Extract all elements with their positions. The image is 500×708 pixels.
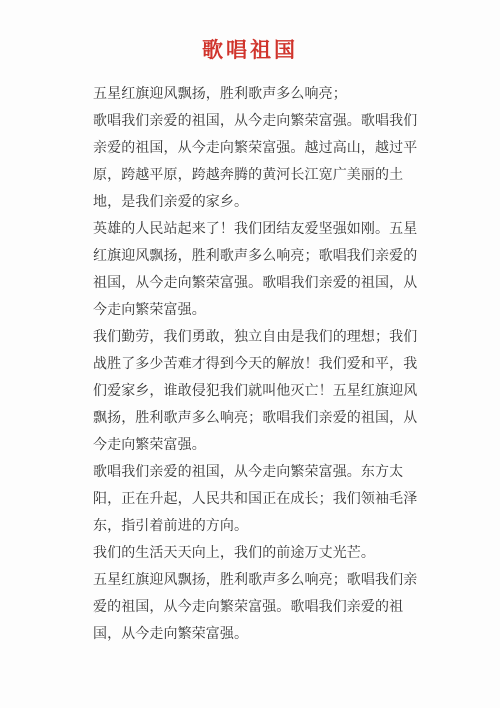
document-body: 五星红旗迎风飘扬，胜利歌声多么响亮；歌唱我们亲爱的祖国，从今走向繁荣富强。歌唱我… bbox=[93, 80, 431, 647]
lyric-paragraph: 我们勤劳，我们勇敢，独立自由是我们的理想；我们战胜了多少苦难才得到今天的解放！我… bbox=[93, 323, 431, 458]
lyric-paragraph: 五星红旗迎风飘扬，胜利歌声多么响亮；歌唱我们亲爱的祖国，从今走向繁荣富强。歌唱我… bbox=[93, 566, 431, 647]
document-page: 歌唱祖国 五星红旗迎风飘扬，胜利歌声多么响亮；歌唱我们亲爱的祖国，从今走向繁荣富… bbox=[0, 0, 500, 708]
lyric-paragraph: 我们的生活天天向上，我们的前途万丈光芒。 bbox=[93, 539, 431, 566]
lyric-paragraph: 歌唱我们亲爱的祖国，从今走向繁荣富强。东方太阳，正在升起，人民共和国正在成长；我… bbox=[93, 458, 431, 539]
lyric-paragraph: 英雄的人民站起来了！我们团结友爱坚强如刚。五星红旗迎风飘扬，胜利歌声多么响亮；歌… bbox=[93, 215, 431, 323]
document-title: 歌唱祖国 bbox=[0, 38, 500, 63]
lyric-paragraph: 歌唱我们亲爱的祖国，从今走向繁荣富强。歌唱我们亲爱的祖国，从今走向繁荣富强。越过… bbox=[93, 107, 431, 215]
lyric-paragraph: 五星红旗迎风飘扬，胜利歌声多么响亮； bbox=[93, 80, 431, 107]
